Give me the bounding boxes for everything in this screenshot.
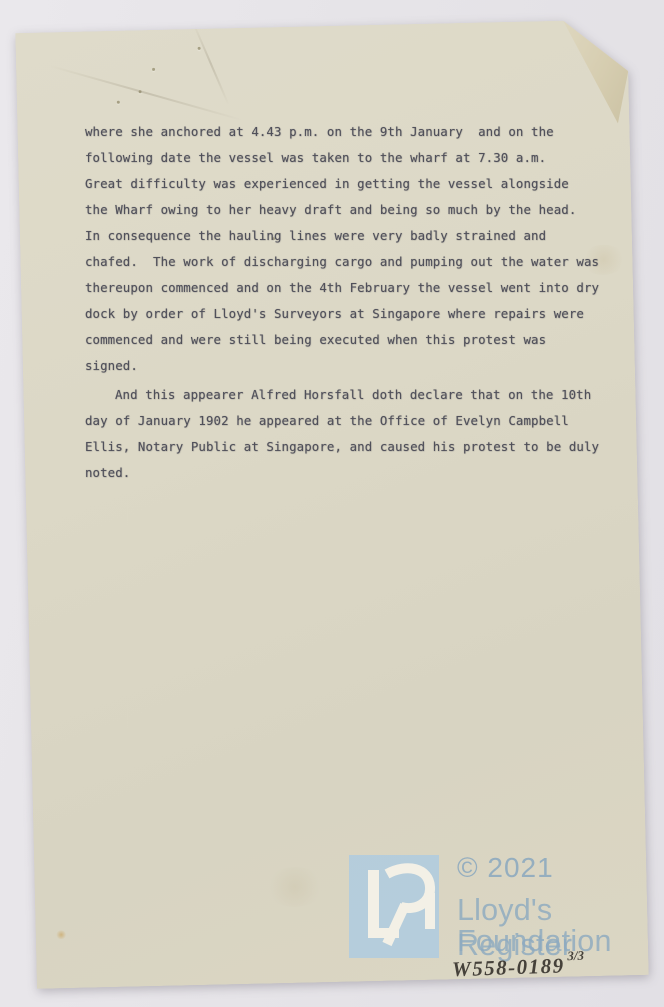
stain (56, 930, 67, 939)
pin-hole (139, 90, 142, 93)
reference-number: W558-0189 (452, 953, 565, 981)
typewritten-line: dock by order of Lloyd's Surveyors at Si… (85, 301, 610, 327)
page-fraction: 3/3 (567, 948, 584, 964)
folded-corner (563, 19, 629, 124)
pin-hole (152, 68, 155, 71)
archive-reference: W558-01893/3 (452, 952, 585, 983)
typewritten-line: signed. (85, 353, 610, 379)
typewritten-text: where she anchored at 4.43 p.m. on the 9… (85, 119, 610, 486)
pin-hole (117, 101, 120, 104)
typewritten-line: following date the vessel was taken to t… (85, 145, 610, 171)
typewritten-line: thereupon commenced and on the 4th Febru… (85, 275, 610, 301)
stain (264, 866, 325, 907)
typewritten-line: Great difficulty was experienced in gett… (85, 171, 610, 197)
typewritten-line: chafed. The work of discharging cargo an… (85, 249, 610, 275)
typewritten-line: And this appearer Alfred Horsfall doth d… (85, 382, 610, 408)
typewritten-line: noted. (85, 460, 610, 486)
typewritten-line: the Wharf owing to her heavy draft and b… (85, 197, 610, 223)
typewritten-line: commenced and were still being executed … (85, 327, 610, 353)
typewritten-line: where she anchored at 4.43 p.m. on the 9… (85, 119, 610, 145)
pin-hole (198, 47, 201, 50)
typewritten-line: In consequence the hauling lines were ve… (85, 223, 610, 249)
paragraph-1: where she anchored at 4.43 p.m. on the 9… (85, 119, 610, 379)
paragraph-2: And this appearer Alfred Horsfall doth d… (85, 382, 610, 486)
typewritten-line: Ellis, Notary Public at Singapore, and c… (85, 434, 610, 460)
typewritten-line: day of January 1902 he appeared at the O… (85, 408, 610, 434)
paper-crease (192, 22, 229, 105)
